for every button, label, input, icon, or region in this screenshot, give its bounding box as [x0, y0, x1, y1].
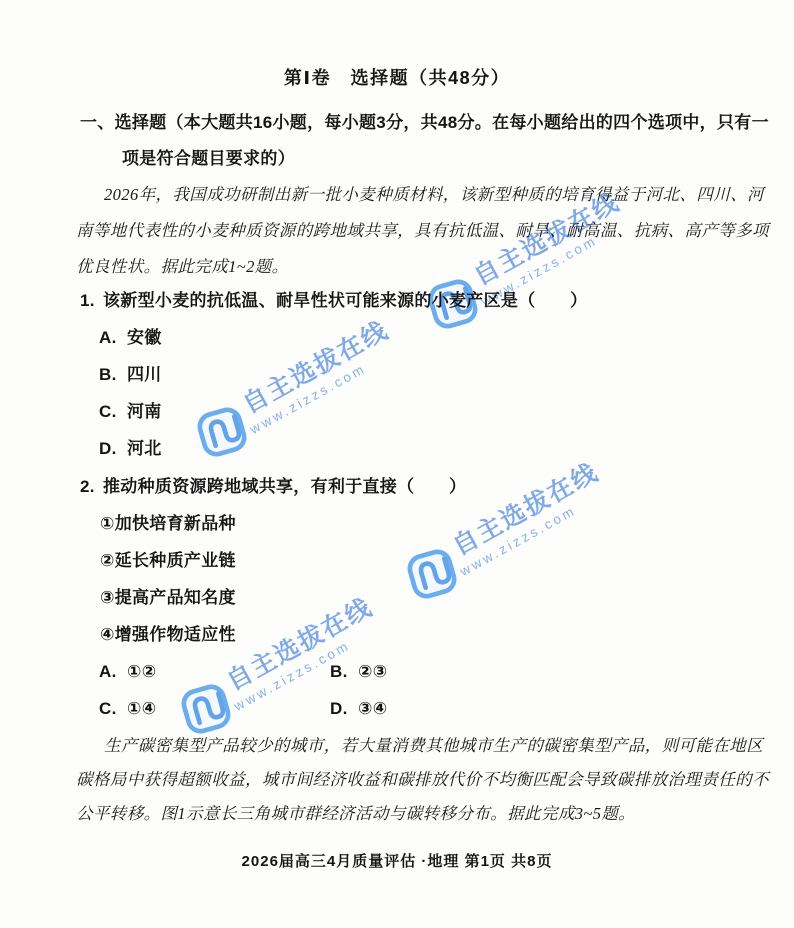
- page-content: 第Ⅰ卷 选择题（共48分） 一、选择题（本大题共16小题，每小题3分，共48分。…: [0, 0, 794, 928]
- question-number: 2.: [80, 475, 103, 512]
- question-2: 2. 推动种质资源跨地域共享，有利于直接（ ） ①加快培育新品种 ②延长种质产业…: [80, 475, 760, 734]
- option-letter: D.: [99, 437, 127, 474]
- option-row: B. 四川: [99, 363, 760, 400]
- section-heading: 一、选择题（本大题共16小题，每小题3分，共48分。在每小题给出的四个选项中，只…: [80, 105, 760, 177]
- section-heading-line: 一、选择题（本大题共16小题，每小题3分，共48分。在每小题给出的四个选项中，只…: [80, 105, 760, 141]
- intro-passage: 2026年，我国成功研制出新一批小麦种质材料，该新型种质的培育得益于河北、四川、…: [76, 177, 746, 285]
- exam-volume-title: 第Ⅰ卷 选择题（共48分）: [0, 64, 794, 90]
- numbered-item: ④增强作物适应性: [100, 623, 760, 660]
- passage-line: 南等地代表性的小麦种质资源的跨地域共享，具有抗低温、耐旱、耐高温、抗病、高产等多…: [76, 213, 746, 249]
- numbered-item: ②延长种质产业链: [100, 549, 760, 586]
- numbered-item: ①加快培育新品种: [100, 512, 760, 549]
- question-text: 该新型小麦的抗低温、耐旱性状可能来源的小麦产区是（ ）: [103, 289, 587, 326]
- exam-page: 自主选拔在线 www.zizzs.com 自主选拔在线 www.zizzs.co…: [0, 0, 794, 928]
- option-letter: B.: [330, 660, 358, 697]
- question-2-options: A. ①② B. ②③ C. ①④ D. ③④: [80, 660, 760, 734]
- question-number: 1.: [80, 289, 103, 326]
- question-1: 1. 该新型小麦的抗低温、耐旱性状可能来源的小麦产区是（ ） A. 安徽 B. …: [80, 289, 760, 474]
- option-row: D. 河北: [99, 437, 760, 474]
- question-1-options: A. 安徽 B. 四川 C. 河南 D. 河北: [80, 326, 760, 474]
- section-heading-line: 项是符合题目要求的）: [80, 141, 760, 177]
- numbered-item: ③提高产品知名度: [100, 586, 760, 623]
- option-row: A. 安徽: [99, 326, 760, 363]
- option-letter: C.: [99, 400, 127, 437]
- option-text: ①②: [127, 660, 156, 697]
- option-text: 河北: [127, 437, 162, 474]
- page-footer: 2026届高三4月质量评估 ·地理 第1页 共8页: [0, 850, 794, 871]
- option-row: A. ①②: [99, 660, 330, 697]
- carbon-passage: 生产碳密集型产品较少的城市，若大量消费其他城市生产的碳密集型产品，则可能在地区 …: [76, 729, 746, 831]
- passage-line: 2026年，我国成功研制出新一批小麦种质材料，该新型种质的培育得益于河北、四川、…: [76, 177, 746, 213]
- option-letter: A.: [99, 660, 127, 697]
- option-text: 四川: [127, 363, 162, 400]
- option-letter: A.: [99, 326, 127, 363]
- passage-line: 公平转移。图1示意长三角城市群经济活动与碳转移分布。据此完成3~5题。: [76, 797, 746, 831]
- option-text: 安徽: [127, 326, 162, 363]
- option-text: ②③: [358, 660, 387, 697]
- passage-line: 碳格局中获得超额收益，城市间经济收益和碳排放代价不均衡匹配会导致碳排放治理责任的…: [76, 763, 746, 797]
- passage-line: 生产碳密集型产品较少的城市，若大量消费其他城市生产的碳密集型产品，则可能在地区: [76, 729, 746, 763]
- option-row: B. ②③: [330, 660, 760, 697]
- option-text: 河南: [127, 400, 162, 437]
- question-text: 推动种质资源跨地域共享，有利于直接（ ）: [103, 475, 466, 512]
- passage-line: 优良性状。据此完成1~2题。: [76, 249, 746, 285]
- option-letter: B.: [99, 363, 127, 400]
- option-row: C. 河南: [99, 400, 760, 437]
- question-2-statements: ①加快培育新品种 ②延长种质产业链 ③提高产品知名度 ④增强作物适应性: [80, 512, 760, 660]
